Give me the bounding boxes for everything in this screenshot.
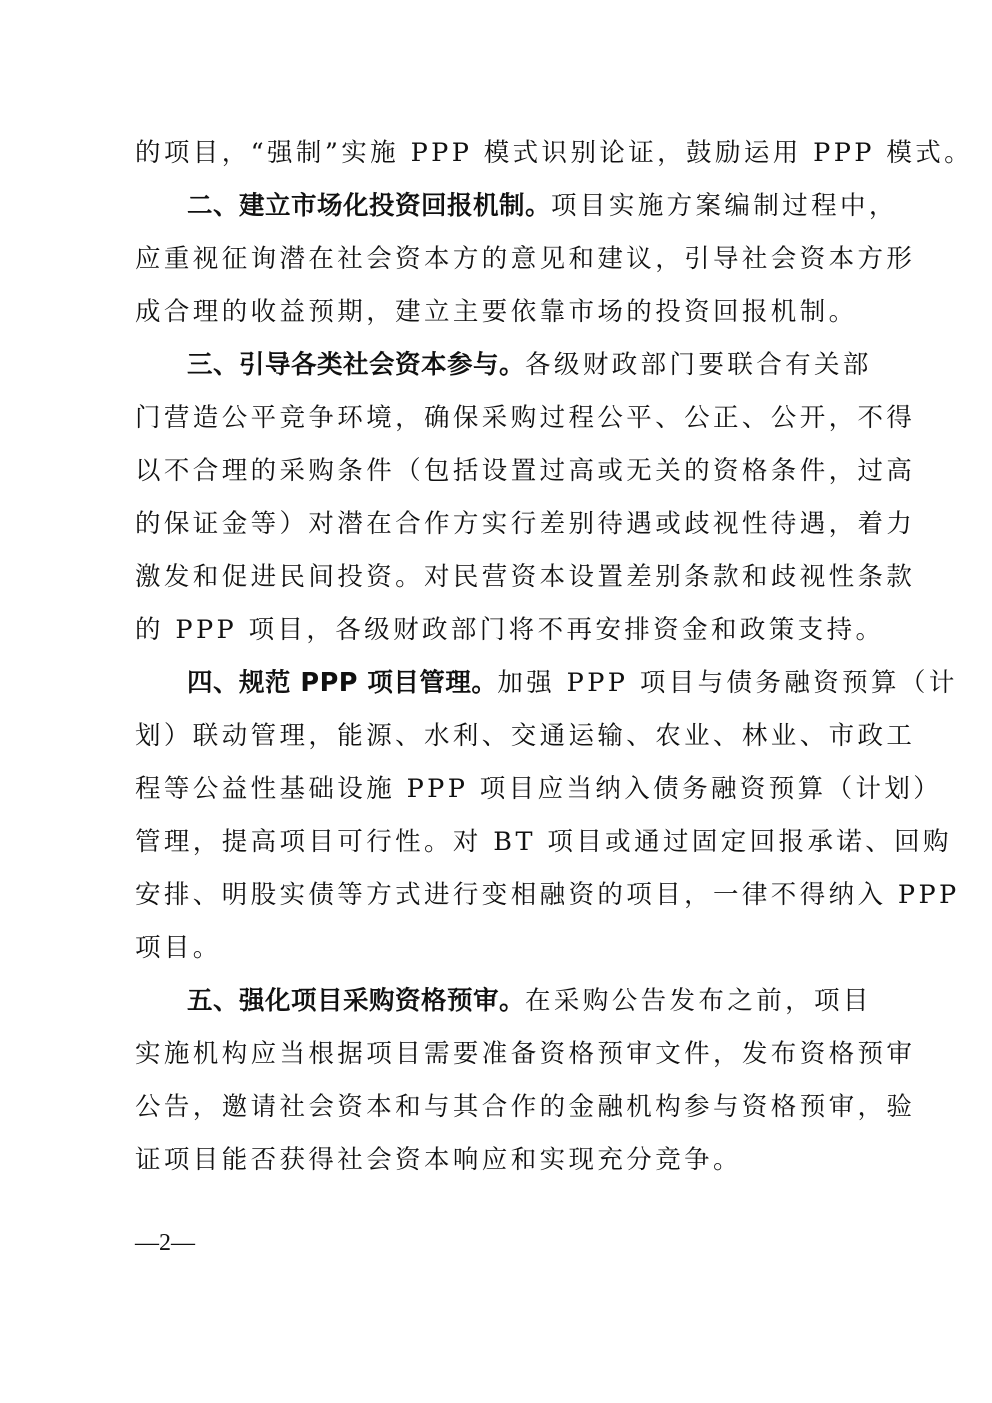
body-line: 公告，邀请社会资本和与其合作的金融机构参与资格预审，验 [135, 1090, 862, 1124]
body-line: 项目。 [135, 931, 862, 965]
body-line: 应重视征询潜在社会资本方的意见和建议，引导社会资本方形 [135, 242, 862, 276]
section-4-first-line: 四、规范 PPP 项目管理。加强 PPP 项目与债务融资预算（计 [187, 666, 862, 700]
body-line: 的项目，“强制”实施 PPP 模式识别论证，鼓励运用 PPP 模式。 [135, 136, 862, 170]
section-4-heading: 四、规范 PPP 项目管理。 [187, 668, 497, 698]
section-2-heading: 二、建立市场化投资回报机制。 [187, 191, 551, 221]
body-line: 实施机构应当根据项目需要准备资格预审文件，发布资格预审 [135, 1037, 862, 1071]
body-line: 激发和促进民间投资。对民营资本设置差别条款和歧视性条款 [135, 560, 862, 594]
body-text: 各级财政部门要联合有关部 [525, 350, 872, 380]
section-2-first-line: 二、建立市场化投资回报机制。项目实施方案编制过程中， [187, 189, 862, 223]
body-line: 以不合理的采购条件（包括设置过高或无关的资格条件，过高 [135, 454, 862, 488]
body-line: 门营造公平竞争环境，确保采购过程公平、公正、公开，不得 [135, 401, 862, 435]
section-5-first-line: 五、强化项目采购资格预审。在采购公告发布之前，项目 [187, 984, 862, 1018]
body-line: 的 PPP 项目，各级财政部门将不再安排资金和政策支持。 [135, 613, 862, 647]
section-3-first-line: 三、引导各类社会资本参与。各级财政部门要联合有关部 [187, 348, 862, 382]
page-number: —2— [135, 1228, 195, 1258]
body-line: 程等公益性基础设施 PPP 项目应当纳入债务融资预算（计划） [135, 772, 862, 806]
document-page: 的项目，“强制”实施 PPP 模式识别论证，鼓励运用 PPP 模式。 二、建立市… [0, 0, 992, 1403]
body-text: 加强 PPP 项目与债务融资预算（计 [497, 668, 957, 698]
section-3-heading: 三、引导各类社会资本参与。 [187, 350, 525, 380]
body-text: 在采购公告发布之前，项目 [525, 986, 872, 1016]
body-line: 的保证金等）对潜在合作方实行差别待遇或歧视性待遇，着力 [135, 507, 862, 541]
body-line: 管理，提高项目可行性。对 BT 项目或通过固定回报承诺、回购 [135, 825, 862, 859]
section-5-heading: 五、强化项目采购资格预审。 [187, 986, 525, 1016]
body-text: 项目实施方案编制过程中， [551, 191, 898, 221]
body-line: 安排、明股实债等方式进行变相融资的项目，一律不得纳入 PPP [135, 878, 862, 912]
body-line: 成合理的收益预期，建立主要依靠市场的投资回报机制。 [135, 295, 862, 329]
body-line: 划）联动管理，能源、水利、交通运输、农业、林业、市政工 [135, 719, 862, 753]
body-line: 证项目能否获得社会资本响应和实现充分竞争。 [135, 1143, 862, 1177]
